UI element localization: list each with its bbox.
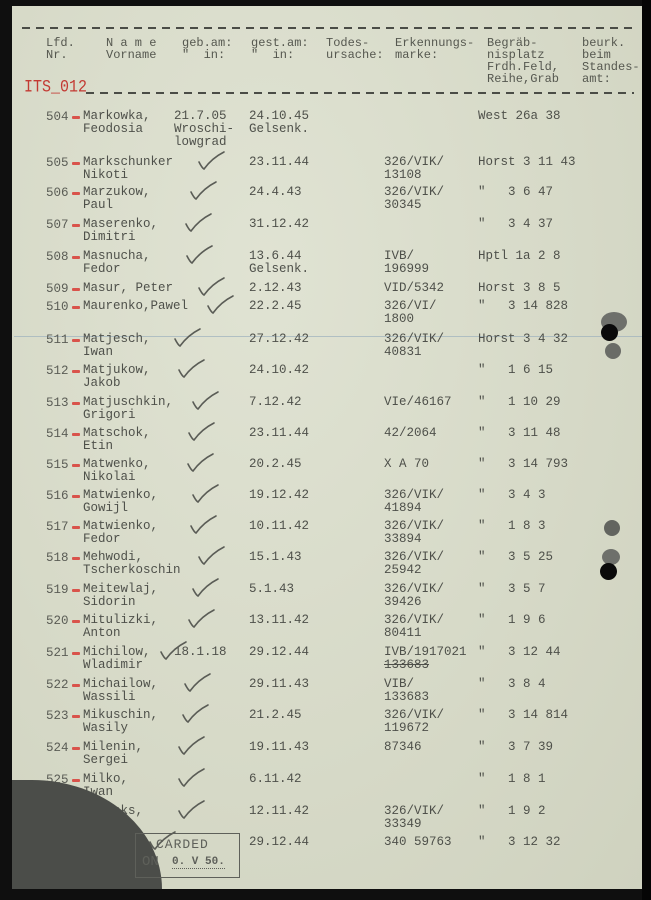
cell-grab: " 1 8 1	[478, 773, 546, 786]
red-dash-mark	[72, 433, 80, 436]
cell-grab: " 1 9 2	[478, 805, 546, 818]
checkmark-icon	[205, 294, 235, 316]
row-number: 515	[46, 458, 69, 472]
carded-stamp: CARDED ON 0. V 50.	[135, 833, 240, 878]
checkmark-icon	[188, 180, 218, 202]
cell-name: Mitulizki, Anton	[83, 614, 158, 640]
row-number: 517	[46, 520, 69, 534]
cell-grab: Horst 3 4 32	[478, 333, 568, 346]
row-number: 505	[46, 156, 69, 170]
cell-grab: " 3 14 814	[478, 709, 568, 722]
cell-name: Maserenko, Dimitri	[83, 218, 158, 244]
cell-grab: " 3 14 793	[478, 458, 568, 471]
cell-gest: 21.2.45	[249, 709, 302, 722]
cell-grab: " 1 8 3	[478, 520, 546, 533]
row-number: 510	[46, 300, 69, 314]
row-number: 516	[46, 489, 69, 503]
row-number: 513	[46, 396, 69, 410]
cell-name: Milenin, Sergei	[83, 741, 143, 767]
cell-name: Matjukow, Jakob	[83, 364, 151, 390]
cell-grab: Hptl 1a 2 8	[478, 250, 561, 263]
red-dash-mark	[72, 288, 80, 291]
cell-name: Masur, Peter	[83, 282, 173, 295]
header-bottom-divider	[86, 92, 634, 94]
checkmark-icon	[184, 244, 214, 266]
red-dash-mark	[72, 370, 80, 373]
red-dash-mark	[72, 224, 80, 227]
col-header-gest: gest.am: " in:	[251, 37, 309, 61]
cell-marke: 326/VIK/ 80411	[384, 614, 444, 640]
checkmark-icon	[176, 799, 206, 821]
row-number: 508	[46, 250, 69, 264]
red-dash-mark	[72, 652, 80, 655]
cell-name: Markschunker Nikoti	[83, 156, 173, 182]
cell-grab: " 3 6 47	[478, 186, 553, 199]
cell-marke: 340 59763	[384, 836, 452, 849]
cell-gest: 2.12.43	[249, 282, 302, 295]
cell-name: Mikuschin, Wasily	[83, 709, 158, 735]
punch-hole	[601, 324, 618, 341]
cell-name: Matjesch, Iwan	[83, 333, 151, 359]
cell-marke: 326/VIK/ 13108	[384, 156, 444, 182]
col-header-todes: Todes- ursache:	[326, 37, 384, 61]
cell-marke-struck: 133683	[384, 659, 429, 672]
row-number: 506	[46, 186, 69, 200]
red-dash-mark	[72, 339, 80, 342]
col-header-erkennung: Erkennungs- marke:	[395, 37, 474, 61]
row-number: 521	[46, 646, 69, 660]
row-number: 514	[46, 427, 69, 441]
punch-hole	[600, 563, 617, 580]
cell-gest: 29.12.44	[249, 646, 309, 659]
cell-name: Markowka, Feodosia	[83, 110, 151, 136]
punch-hole	[605, 343, 621, 359]
cell-marke: IVB/ 196999	[384, 250, 429, 276]
cell-gest: 23.11.44	[249, 156, 309, 169]
row-number: 523	[46, 709, 69, 723]
col-header-name: N a m e Vorname	[106, 37, 156, 61]
cell-grab: " 3 7 39	[478, 741, 553, 754]
col-header-beurk: beurk. beim Standes- amt:	[582, 37, 640, 85]
cell-gest: 7.12.42	[249, 396, 302, 409]
cell-gest: 6.11.42	[249, 773, 302, 786]
red-dash-mark	[72, 526, 80, 529]
red-dash-mark	[72, 464, 80, 467]
cell-grab: " 1 6 15	[478, 364, 553, 377]
row-number: 511	[46, 333, 69, 347]
checkmark-icon	[190, 483, 220, 505]
cell-gest: 22.2.45	[249, 300, 302, 313]
red-dash-mark	[72, 116, 80, 119]
row-number: 518	[46, 551, 69, 565]
checkmark-icon	[176, 358, 206, 380]
punch-hole	[604, 520, 620, 536]
cell-marke: 326/VI/ 1800	[384, 300, 437, 326]
header-top-divider	[22, 27, 634, 29]
checkmark-icon	[186, 608, 216, 630]
cell-grab: West 26a 38	[478, 110, 561, 123]
cell-name: Meitewlaj, Sidorin	[83, 583, 158, 609]
row-number: 522	[46, 678, 69, 692]
its-reference-stamp: ITS_012	[24, 78, 87, 98]
red-dash-mark	[72, 589, 80, 592]
cell-gest: 15.1.43	[249, 551, 302, 564]
checkmark-icon	[176, 767, 206, 789]
cell-grab: " 3 12 44	[478, 646, 561, 659]
cell-grab: Horst 3 11 43	[478, 156, 576, 169]
checkmark-icon	[188, 514, 218, 536]
red-dash-mark	[72, 495, 80, 498]
stamp-date: 0. V 50.	[172, 856, 225, 869]
col-header-geb: geb.am: " in:	[182, 37, 232, 61]
red-dash-mark	[72, 192, 80, 195]
checkmark-icon	[186, 421, 216, 443]
cell-grab: " 1 9 6	[478, 614, 546, 627]
checkmark-icon	[182, 672, 212, 694]
checkmark-icon	[185, 452, 215, 474]
cell-marke: X A 70	[384, 458, 429, 471]
row-number: 504	[46, 110, 69, 124]
cell-marke: 326/VIK/ 119672	[384, 709, 444, 735]
row-number: 524	[46, 741, 69, 755]
cell-marke: 42/2064	[384, 427, 437, 440]
cell-gest: 31.12.42	[249, 218, 309, 231]
cell-marke: 326/VIK/ 40831	[384, 333, 444, 359]
cell-name: Matwenko, Nikolai	[83, 458, 151, 484]
col-header-begraeb: Begräb- nisplatz Frdh.Feld, Reihe,Grab	[487, 37, 559, 85]
cell-grab: " 1 10 29	[478, 396, 561, 409]
cell-grab: Horst 3 8 5	[478, 282, 561, 295]
cell-marke: 326/VIK/ 25942	[384, 551, 444, 577]
row-number: 509	[46, 282, 69, 296]
cell-marke: 326/VIK/ 39426	[384, 583, 444, 609]
cell-gest: 13.6.44 Gelsenk.	[249, 250, 309, 276]
cell-gest: 19.12.42	[249, 489, 309, 502]
cell-name: Matwienko, Gowijl	[83, 489, 158, 515]
cell-grab: " 3 4 3	[478, 489, 546, 502]
row-number: 507	[46, 218, 69, 232]
red-dash-mark	[72, 557, 80, 560]
checkmark-icon	[172, 327, 202, 349]
cell-marke: 87346	[384, 741, 422, 754]
red-dash-mark	[72, 779, 80, 782]
cell-gest: 24.4.43	[249, 186, 302, 199]
checkmark-icon	[183, 212, 213, 234]
cell-grab: " 3 4 37	[478, 218, 553, 231]
cell-gest: 27.12.42	[249, 333, 309, 346]
cell-name: Masnucha, Fedor	[83, 250, 151, 276]
cell-gest: 19.11.43	[249, 741, 309, 754]
cell-marke: 326/VIK/ 33349	[384, 805, 444, 831]
cell-name: Matjuschkin, Grigori	[83, 396, 173, 422]
cell-gest: 29.12.44	[249, 836, 309, 849]
cell-marke: VIB/ 133683	[384, 678, 429, 704]
scan-border	[642, 0, 651, 900]
cell-marke: 326/VIK/ 30345	[384, 186, 444, 212]
cell-gest: 20.2.45	[249, 458, 302, 471]
cell-grab: " 3 8 4	[478, 678, 546, 691]
cell-name: Maurenko,Pawel	[83, 300, 188, 313]
red-dash-mark	[72, 715, 80, 718]
cell-grab: " 3 5 25	[478, 551, 553, 564]
cell-name: Michilow, Wladimir	[83, 646, 151, 672]
checkmark-icon	[190, 390, 220, 412]
cell-gest: 12.11.42	[249, 805, 309, 818]
cell-name: Matschok, Etin	[83, 427, 151, 453]
cell-gest: 29.11.43	[249, 678, 309, 691]
red-dash-mark	[72, 684, 80, 687]
cell-gest: 24.10.42	[249, 364, 309, 377]
cell-gest: 5.1.43	[249, 583, 294, 596]
stamp-on-text: ON	[142, 854, 159, 870]
cell-name: Matwienko, Fedor	[83, 520, 158, 546]
row-number: 512	[46, 364, 69, 378]
cell-grab: " 3 11 48	[478, 427, 561, 440]
cell-marke: 326/VIK/ 33894	[384, 520, 444, 546]
checkmark-icon	[180, 703, 210, 725]
cell-marke: VID/5342	[384, 282, 444, 295]
cell-grab: " 3 5 7	[478, 583, 546, 596]
cell-name: Mehwodi, Tscherkoschin	[83, 551, 181, 577]
checkmark-icon	[158, 640, 188, 662]
cell-gest: 24.10.45 Gelsenk.	[249, 110, 309, 136]
cell-name: Michailow, Wassili	[83, 678, 158, 704]
cell-name: Marzukow, Paul	[83, 186, 151, 212]
red-dash-mark	[72, 402, 80, 405]
cell-gest: 13.11.42	[249, 614, 309, 627]
checkmark-icon	[196, 545, 226, 567]
cell-gest: 10.11.42	[249, 520, 309, 533]
red-dash-mark	[72, 620, 80, 623]
checkmark-icon	[176, 735, 206, 757]
row-number: 520	[46, 614, 69, 628]
cell-gest: 23.11.44	[249, 427, 309, 440]
red-dash-mark	[72, 747, 80, 750]
checkmark-icon	[190, 577, 220, 599]
red-dash-mark	[72, 162, 80, 165]
cell-geb: 21.7.05 Wroschi- lowgrad	[174, 110, 234, 149]
cell-grab: " 3 14 828	[478, 300, 568, 313]
stamp-carded-text: CARDED	[156, 837, 209, 852]
cell-grab: " 3 12 32	[478, 836, 561, 849]
red-dash-mark	[72, 306, 80, 309]
col-header-lfd-nr: Lfd. Nr.	[46, 37, 75, 61]
cell-marke: VIe/46167	[384, 396, 452, 409]
row-number: 519	[46, 583, 69, 597]
red-dash-mark	[72, 256, 80, 259]
cell-marke: 326/VIK/ 41894	[384, 489, 444, 515]
checkmark-icon	[196, 150, 226, 172]
